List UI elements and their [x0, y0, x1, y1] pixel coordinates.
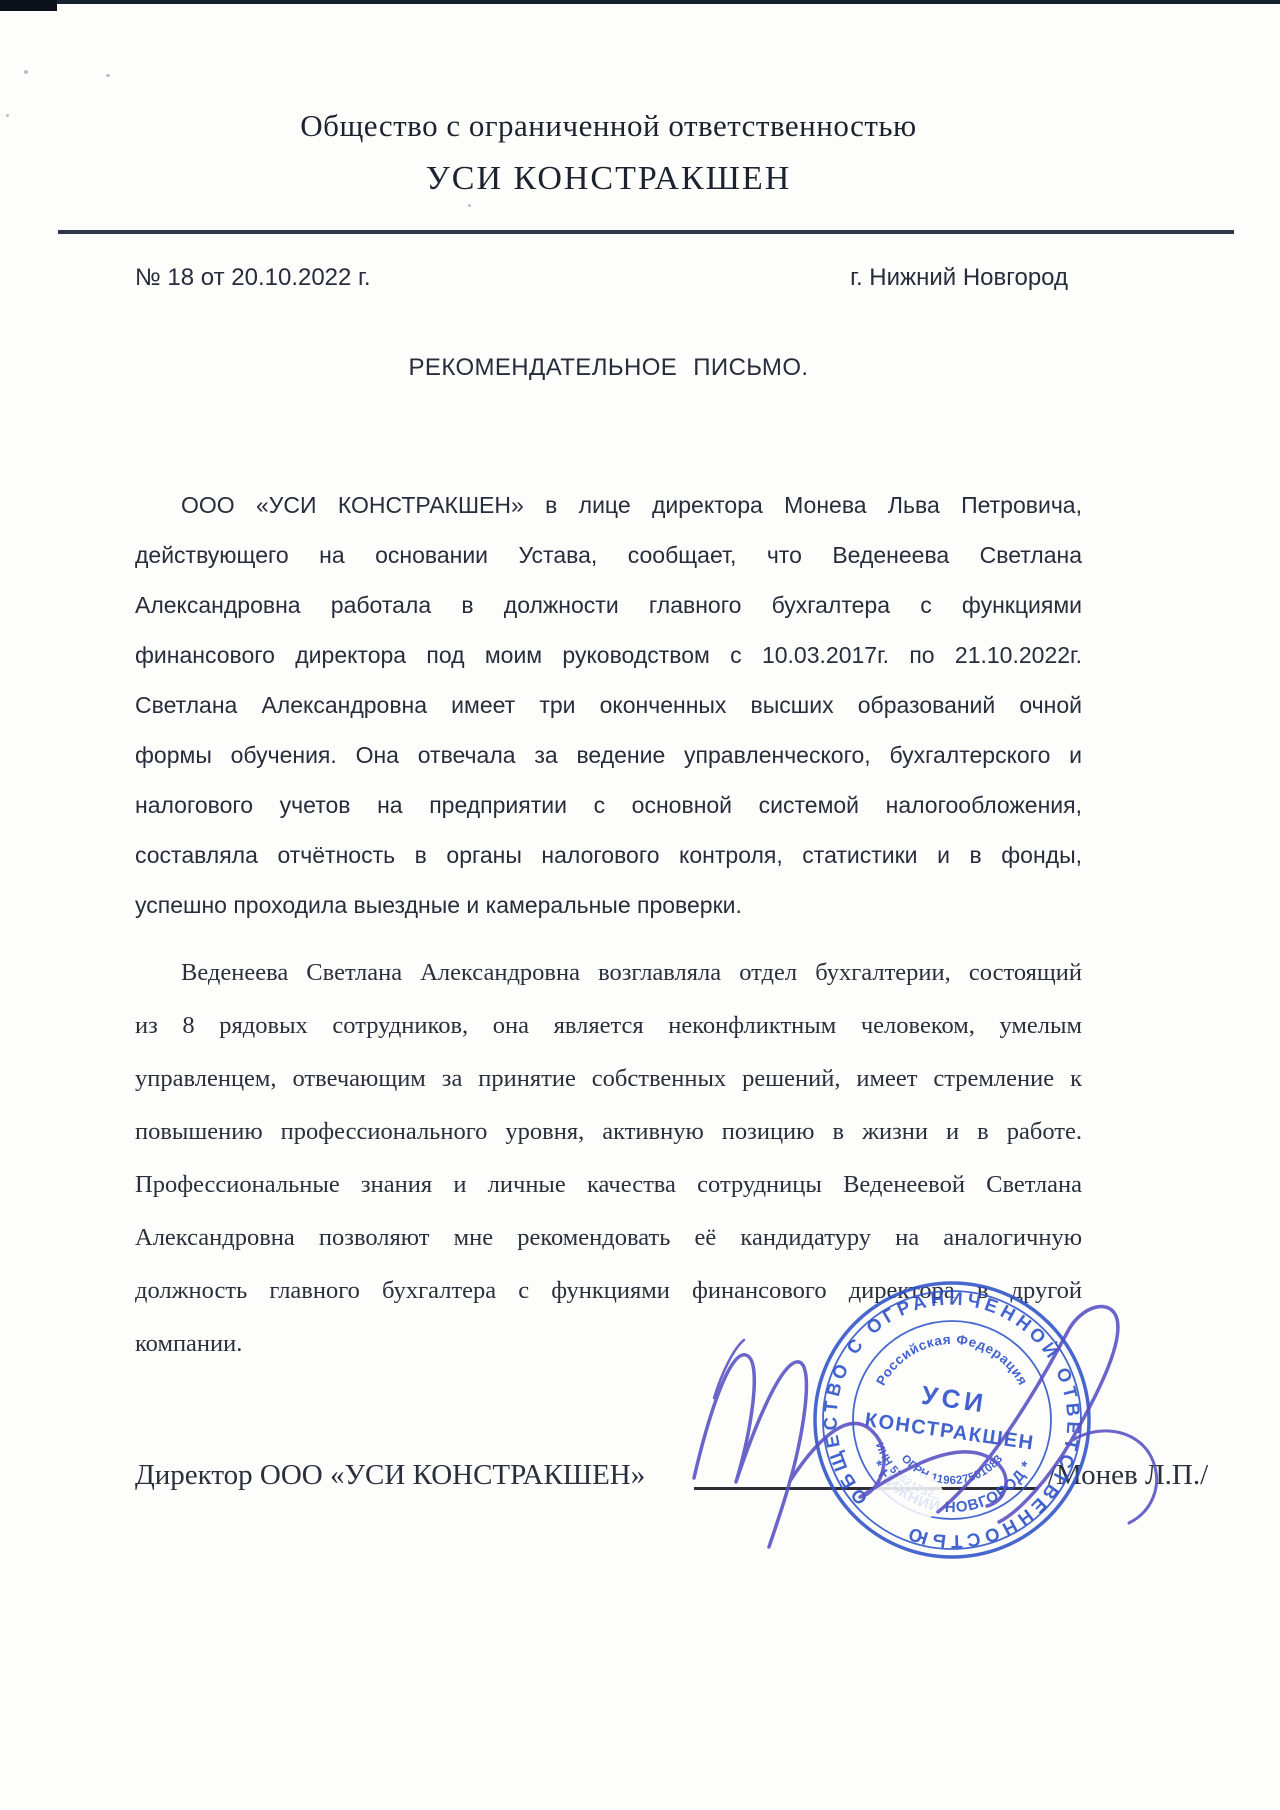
scan-artifact-top-line: [0, 0, 1280, 4]
text-line: Профессиональные знания и личные качеств…: [135, 1158, 1082, 1211]
text-line: успешно проходила выездные и камеральные…: [135, 880, 1082, 930]
doc-title: РЕКОМЕНДАТЕЛЬНОЕ ПИСЬМО.: [135, 354, 1082, 382]
doc-city: г. Нижний Новгород: [850, 264, 1068, 292]
text-line: из 8 рядовых сотрудников, она является н…: [135, 999, 1082, 1052]
text-line: действующего на основании Устава, сообща…: [135, 530, 1082, 580]
signature-role-label: Директор ООО «УСИ КОНСТРАКШЕН»: [135, 1459, 645, 1492]
meta-row: № 18 от 20.10.2022 г. г. Нижний Новгород: [135, 264, 1068, 292]
stamp-inner-top-text: Российская Федерация: [873, 1332, 1031, 1388]
stamp-scan-blob: [872, 1471, 944, 1523]
scan-speck: [24, 70, 28, 74]
text-line: ООО «УСИ КОНСТРАКШЕН» в лице директора М…: [135, 480, 1082, 530]
scan-artifact-corner: [0, 0, 57, 11]
org-type-heading: Общество с ограниченной ответственностью: [135, 108, 1082, 144]
stamp-and-signature: ОБЩЕСТВО С ОГРАНИЧЕННОЙ ОТВЕТСТВЕННОСТЬЮ…: [640, 1260, 1240, 1590]
scan-speck: [468, 204, 471, 207]
document-page: Общество с ограниченной ответственностью…: [0, 0, 1280, 1810]
text-line: управленцем, отвечающим за принятие собс…: [135, 1052, 1082, 1105]
text-line: формы обучения. Она отвечала за ведение …: [135, 730, 1082, 780]
header-rule: [58, 230, 1234, 234]
stamp-center-line1: УСИ: [920, 1380, 989, 1419]
text-line: финансового директора под моим руководст…: [135, 630, 1082, 680]
stamp-center-line2: КОНСТРАКШЕН: [863, 1409, 1035, 1455]
scan-speck: [6, 114, 9, 117]
text-line: Веденеева Светлана Александровна возглав…: [135, 946, 1082, 999]
text-line: Александровна позволяют мне рекомендоват…: [135, 1211, 1082, 1264]
paragraph-1: ООО «УСИ КОНСТРАКШЕН» в лице директора М…: [135, 480, 1082, 930]
scan-speck: [106, 74, 110, 77]
text-line: составляла отчётность в органы налоговог…: [135, 830, 1082, 880]
text-line: Александровна работала в должности главн…: [135, 580, 1082, 630]
text-line: Светлана Александровна имеет три окончен…: [135, 680, 1082, 730]
org-name-heading: УСИ КОНСТРАКШЕН: [135, 160, 1082, 198]
text-line: налогового учетов на предприятии с основ…: [135, 780, 1082, 830]
doc-number: № 18 от 20.10.2022 г.: [135, 264, 371, 292]
svg-text:Российская Федерация: Российская Федерация: [873, 1332, 1031, 1388]
text-line: повышению профессионального уровня, акти…: [135, 1105, 1082, 1158]
